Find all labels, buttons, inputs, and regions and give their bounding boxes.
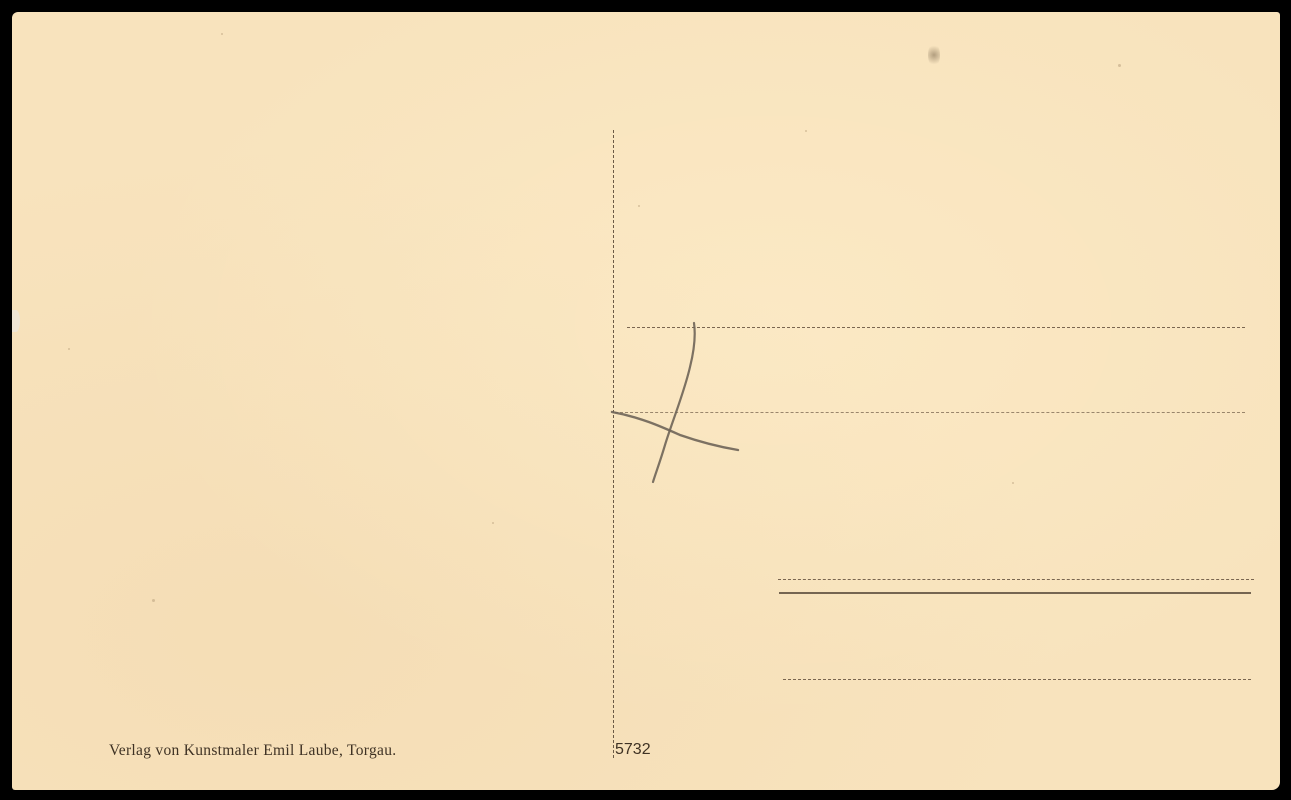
paper-speckle xyxy=(68,348,70,350)
edge-damage xyxy=(12,310,20,332)
paper-speckle xyxy=(152,599,155,602)
paper-speckle xyxy=(1012,482,1014,484)
publisher-imprint: Verlag von Kunstmaler Emil Laube, Torgau… xyxy=(109,742,396,760)
paper-speckle xyxy=(492,522,494,524)
address-line-5 xyxy=(783,679,1251,680)
paper-speckle xyxy=(221,33,223,35)
paper-speckle xyxy=(638,205,640,207)
paper-speckle xyxy=(805,130,807,132)
paper-speckle xyxy=(1118,64,1121,67)
pencil-cross-mark xyxy=(610,317,750,487)
address-line-4 xyxy=(779,592,1251,594)
postcard-back: Verlag von Kunstmaler Emil Laube, Torgau… xyxy=(12,12,1280,790)
address-line-3 xyxy=(778,579,1254,580)
paper-smudge xyxy=(928,43,940,67)
card-number: 5732 xyxy=(615,741,651,759)
